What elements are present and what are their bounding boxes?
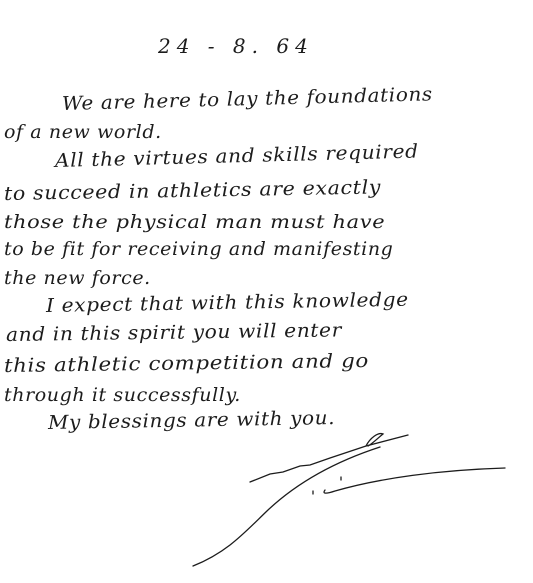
letter-line-11: through it successfully. [4,384,241,406]
letter-line-10: this athletic competition and go [4,350,369,377]
letter-line-8: I expect that with this knowledge [46,289,409,317]
letter-line-3: All the virtues and skills required [55,140,419,172]
letter-line-2: of a new world. [4,121,162,143]
letter-line-5: those the physical man must have [4,211,385,233]
letter-line-12: My blessings are with you. [48,407,335,434]
letter-date: 24 - 8. 64 [158,34,314,58]
letter-page: 24 - 8. 64 We are here to lay the founda… [0,0,533,583]
letter-line-9: and in this spirit you will enter [6,319,342,346]
letter-line-7: the new force. [4,267,151,289]
letter-line-6: to be fit for receiving and manifesting [4,238,393,260]
letter-line-4: to succeed in athletics are exactly [4,176,381,205]
letter-line-1: We are here to lay the foundations [62,83,433,115]
